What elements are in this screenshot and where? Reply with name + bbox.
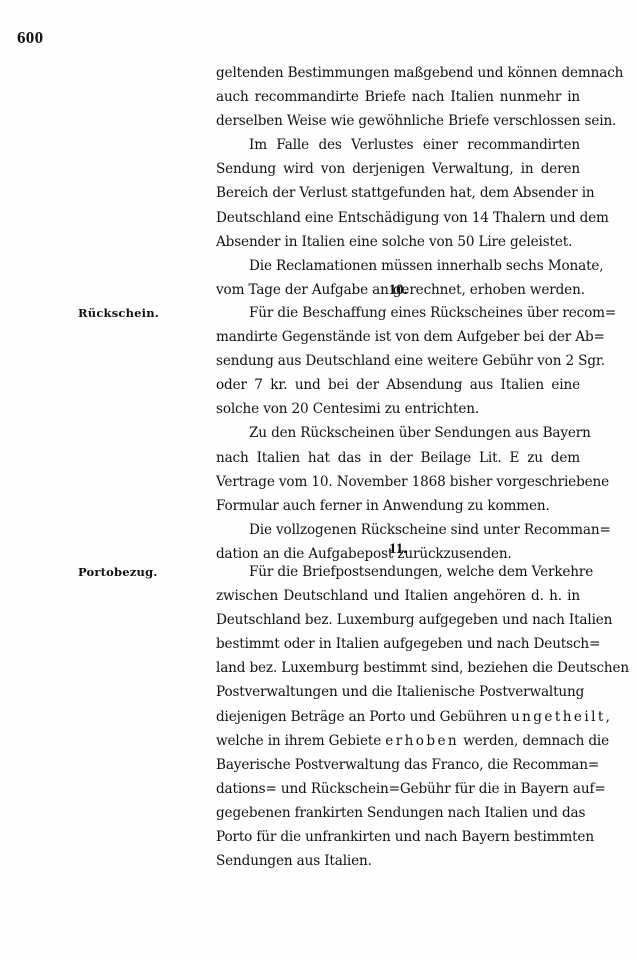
text-span: welche in ihrem Gebiete: [216, 733, 381, 749]
text-line: Vertrage vom 10. November 1868 bisher vo…: [216, 470, 580, 494]
text-line: geltenden Bestimmungen maßgebend und kön…: [216, 61, 580, 85]
paragraph-block-continuation: geltenden Bestimmungen maßgebend und kön…: [216, 61, 580, 302]
text-line: bestimmt oder in Italien aufgegeben und …: [216, 632, 580, 656]
text-line: gegebenen frankirten Sendungen nach Ital…: [216, 801, 580, 825]
section-number-10: 10.: [216, 278, 580, 302]
text-line: sendung aus Deutschland eine weitere Geb…: [216, 349, 580, 373]
paragraph-block-section-10: Für die Beschaffung eines Rückscheines ü…: [216, 301, 580, 566]
text-span: werden, demnach die: [463, 733, 609, 749]
text-line-with-emphasis: diejenigen Beträge an Porto und Gebühren…: [216, 705, 580, 729]
section-number-11: 11.: [216, 537, 580, 561]
text-line: oder 7 kr. und bei der Absendung aus Ita…: [216, 373, 580, 397]
text-line: Die Reclamationen müssen innerhalb sechs…: [216, 254, 580, 278]
text-line: Zu den Rückscheinen über Sendungen aus B…: [216, 421, 580, 445]
text-line: Porto für die unfrankirten und nach Baye…: [216, 825, 580, 849]
text-line: Absender in Italien eine solche von 50 L…: [216, 230, 580, 254]
text-line: zwischen Deutschland und Italien angehör…: [216, 584, 580, 608]
text-line: Bayerische Postverwaltung das Franco, di…: [216, 753, 580, 777]
text-line: nach Italien hat das in der Beilage Lit.…: [216, 446, 580, 470]
emphasis-ungetheilt: ungetheilt,: [511, 709, 612, 725]
text-line: Bereich der Verlust stattgefunden hat, d…: [216, 181, 580, 205]
paragraph-block-section-11: Für die Briefpostsendungen, welche dem V…: [216, 560, 580, 873]
text-line: auch recommandirte Briefe nach Italien n…: [216, 85, 580, 109]
text-line: Im Falle des Verlustes einer recommandir…: [216, 133, 580, 157]
text-line-with-emphasis: welche in ihrem Gebiete erhoben werden, …: [216, 729, 580, 753]
text-line: Deutschland bez. Luxemburg aufgegeben un…: [216, 608, 580, 632]
text-line: dations= und Rückschein=Gebühr für die i…: [216, 777, 580, 801]
text-line: Formular auch ferner in Anwendung zu kom…: [216, 494, 580, 518]
text-line: derselben Weise wie gewöhnliche Briefe v…: [216, 109, 580, 133]
text-line: Für die Beschaffung eines Rückscheines ü…: [216, 301, 580, 325]
text-line: solche von 20 Centesimi zu entrichten.: [216, 397, 580, 421]
text-line: Sendung wird von derjenigen Verwaltung, …: [216, 157, 580, 181]
text-line: Sendungen aus Italien.: [216, 849, 580, 873]
text-line: Für die Briefpostsendungen, welche dem V…: [216, 560, 580, 584]
text-line: mandirte Gegenstände ist von dem Aufgebe…: [216, 325, 580, 349]
text-line: land bez. Luxemburg bestimmt sind, bezie…: [216, 656, 580, 680]
text-line: Postverwaltungen und die Italienische Po…: [216, 680, 580, 704]
emphasis-erhoben: erhoben: [385, 733, 459, 749]
page-number: 600: [17, 28, 43, 48]
margin-note-rueckschein: Rückschein.: [78, 301, 159, 325]
text-line: Deutschland eine Entschädigung von 14 Th…: [216, 206, 580, 230]
text-span: diejenigen Beträge an Porto und Gebühren: [216, 709, 507, 725]
margin-note-portobezug: Portobezug.: [78, 560, 158, 584]
